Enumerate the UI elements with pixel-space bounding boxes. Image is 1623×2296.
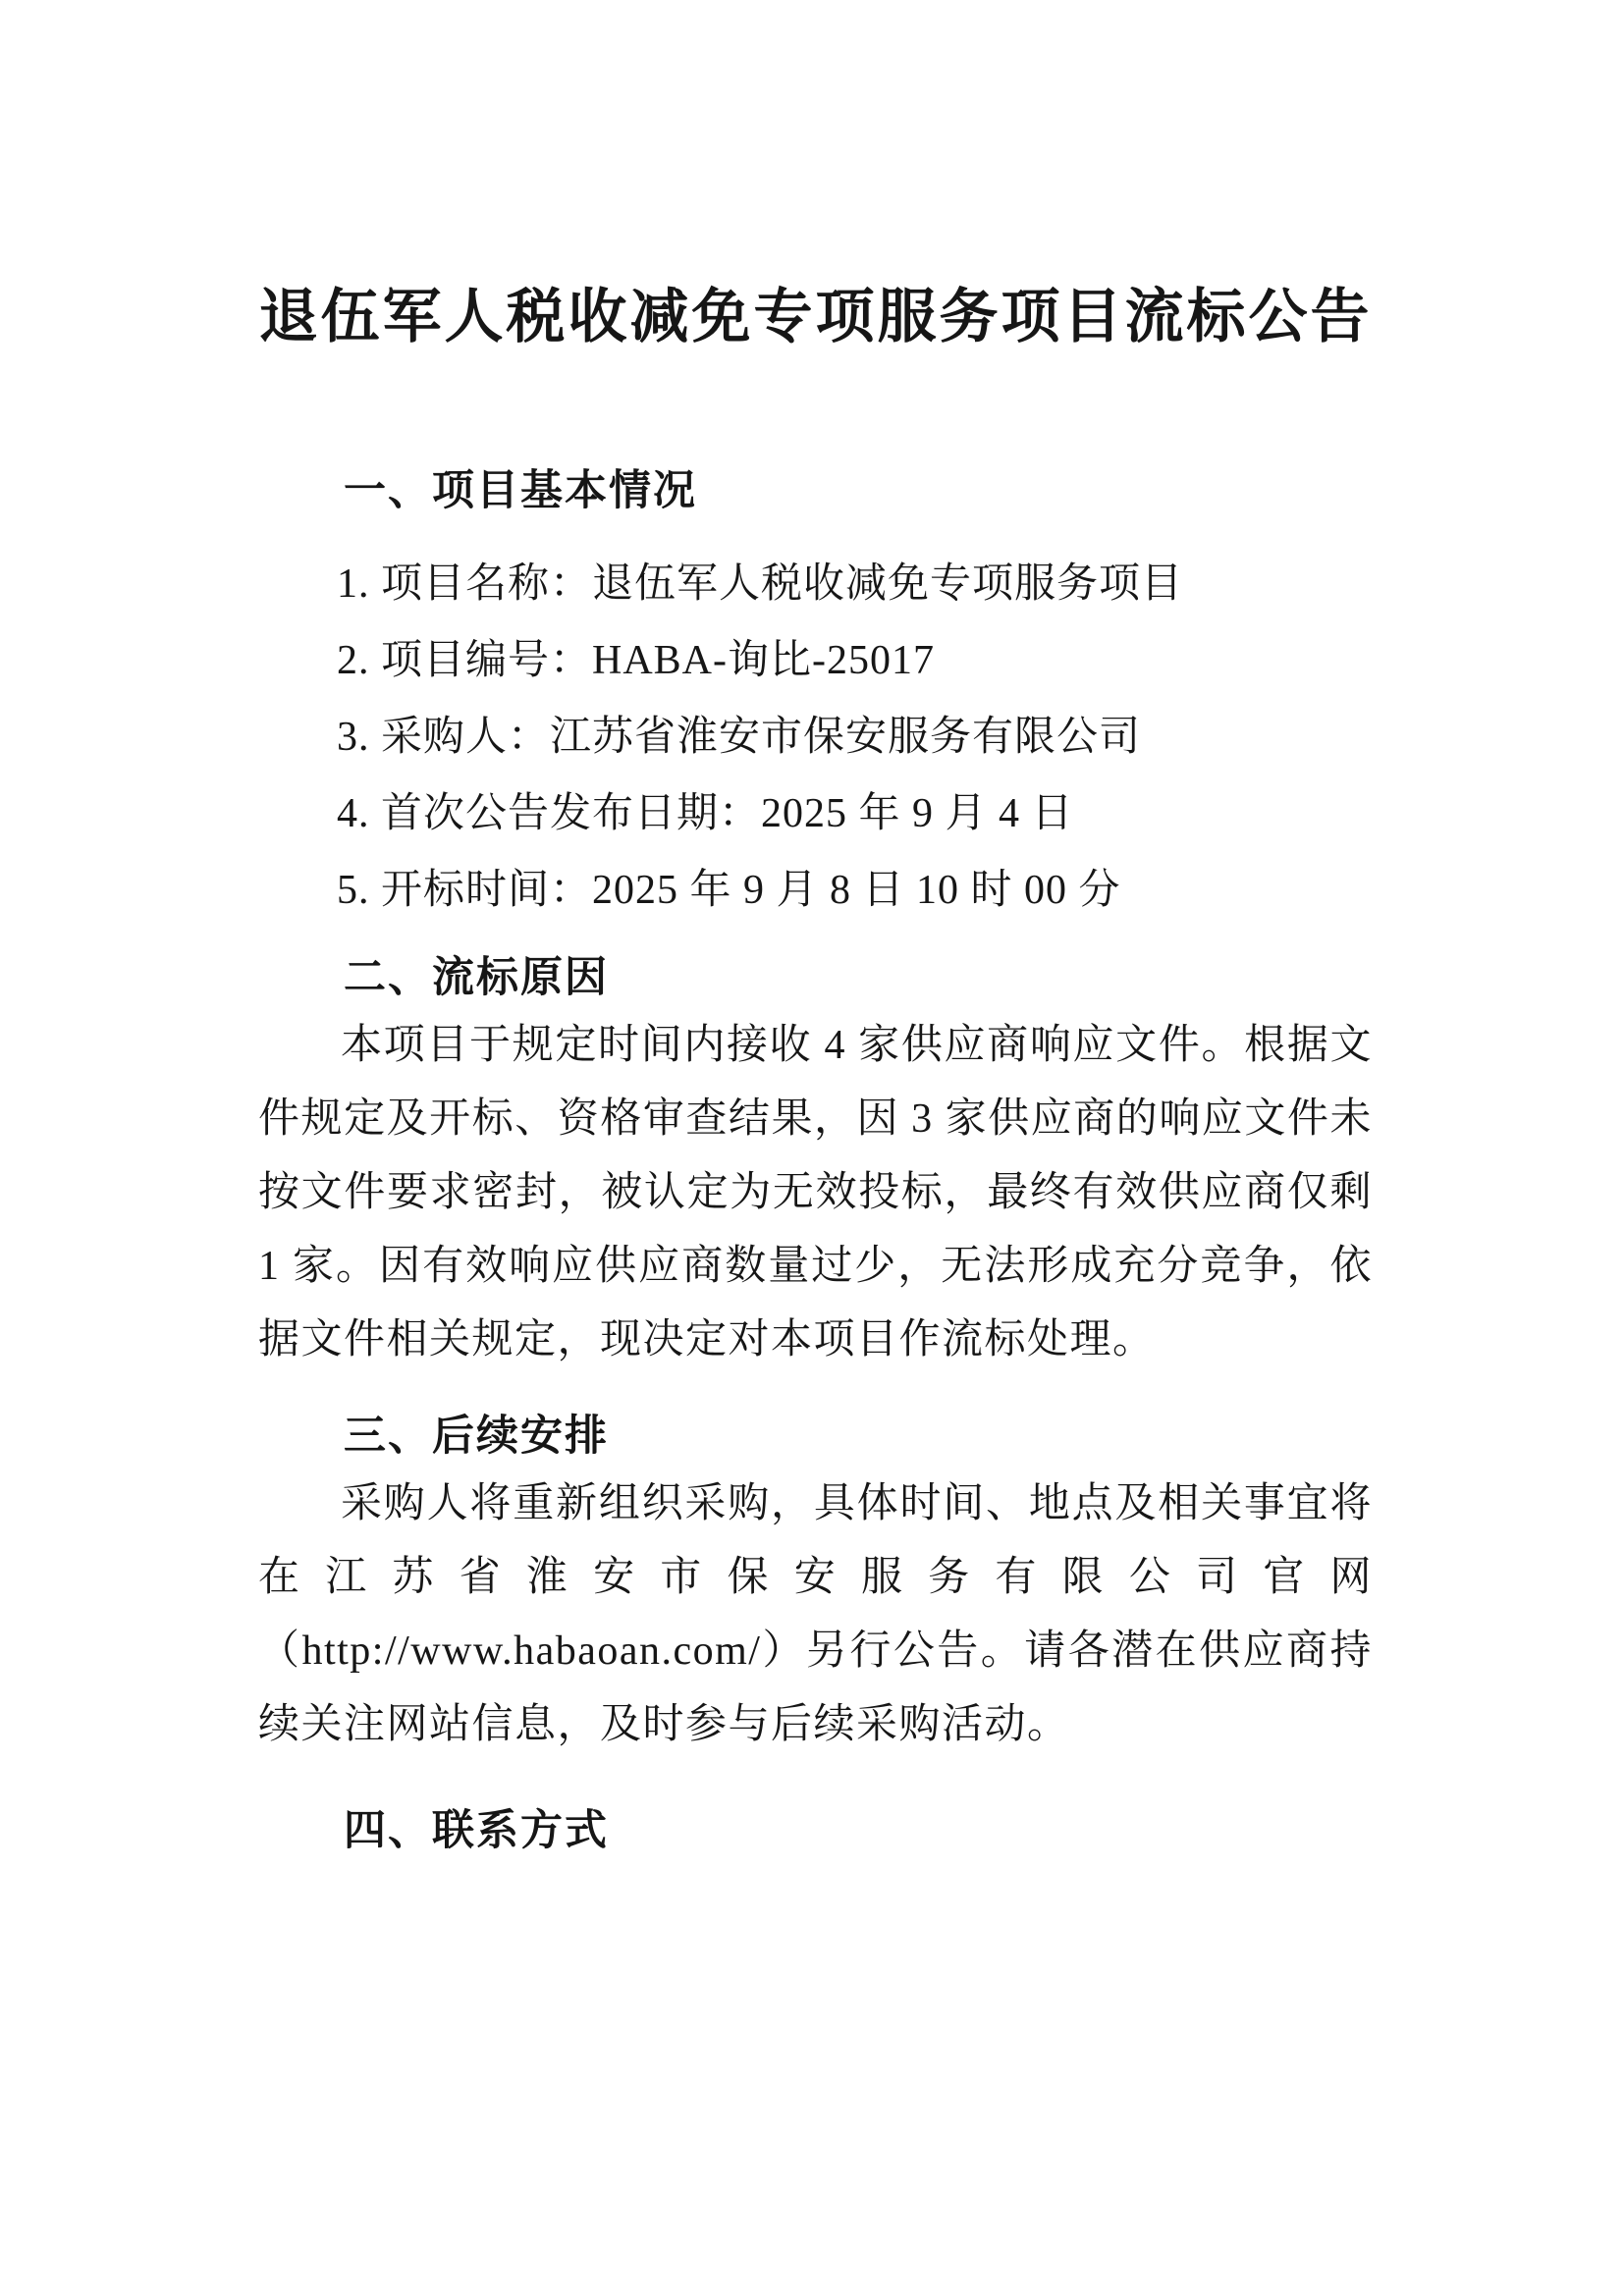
document-title: 退伍军人税收减免专项服务项目流标公告 — [258, 285, 1373, 349]
section-follow-up: 三、后续安排 采购人将重新组织采购，具体时间、地点及相关事宜将在江苏省淮安市保安… — [258, 1413, 1373, 1762]
section-heading-contact: 四、联系方式 — [258, 1807, 1373, 1854]
failure-reason-paragraph: 本项目于规定时间内接收 4 家供应商响应文件。根据文件规定及开标、资格审查结果，… — [258, 1009, 1373, 1377]
document-page: 退伍军人税收减免专项服务项目流标公告 一、项目基本情况 1. 项目名称：退伍军人… — [0, 0, 1623, 2296]
section-heading-project-basics: 一、项目基本情况 — [258, 467, 1373, 514]
list-item-project-name: 1. 项目名称：退伍军人税收减免专项服务项目 — [258, 546, 1373, 622]
list-item-first-announcement-date: 4. 首次公告发布日期：2025 年 9 月 4 日 — [258, 775, 1373, 852]
list-item-project-number: 2. 项目编号：HABA-询比-25017 — [258, 622, 1373, 699]
section-heading-failure-reason: 二、流标原因 — [258, 954, 1373, 1001]
list-item-purchaser: 3. 采购人：江苏省淮安市保安服务有限公司 — [258, 699, 1373, 775]
section-heading-follow-up: 三、后续安排 — [258, 1413, 1373, 1460]
section-project-basics: 一、项目基本情况 1. 项目名称：退伍军人税收减免专项服务项目 2. 项目编号：… — [258, 467, 1373, 929]
list-item-bid-opening-time: 5. 开标时间：2025 年 9 月 8 日 10 时 00 分 — [258, 852, 1373, 929]
project-basics-list: 1. 项目名称：退伍军人税收减免专项服务项目 2. 项目编号：HABA-询比-2… — [258, 546, 1373, 929]
section-contact: 四、联系方式 — [258, 1807, 1373, 1854]
follow-up-paragraph: 采购人将重新组织采购，具体时间、地点及相关事宜将在江苏省淮安市保安服务有限公司官… — [258, 1468, 1373, 1762]
section-failure-reason: 二、流标原因 本项目于规定时间内接收 4 家供应商响应文件。根据文件规定及开标、… — [258, 954, 1373, 1377]
